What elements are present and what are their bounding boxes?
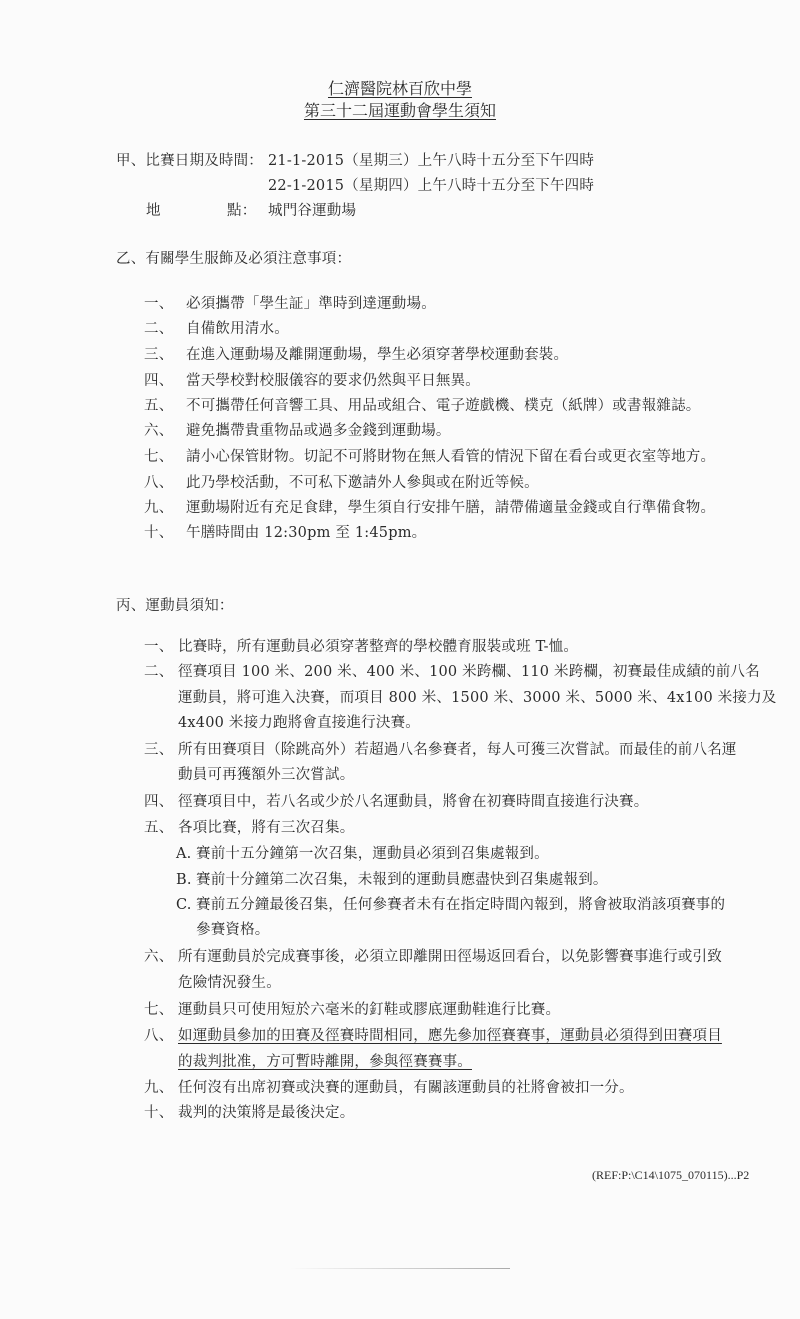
list-item-continuation: 危險情況發生。 (178, 971, 281, 992)
list-item: 一、比賽時，所有運動員必須穿著整齊的學校體育服裝或班 T-恤。 (144, 635, 578, 656)
list-item-underlined: 八、如運動員參加的田賽及徑賽時間相同，應先參加徑賽賽事，運動員必須得到田賽項目 (144, 1024, 722, 1045)
list-item: 二、自備飲用清水。 (144, 317, 289, 338)
list-item: 七、請小心保管財物。切記不可將財物在無人看管的情況下留在看台或更衣室等地方。 (144, 445, 715, 466)
list-item-continuation: 運動員，將可進入決賽，而項目 800 米、1500 米、3000 米、5000 … (178, 686, 777, 707)
list-item: 四、徑賽項目中，若八名或少於八名運動員，將會在初賽時間直接進行決賽。 (144, 790, 648, 811)
document-title: 第三十二屆運動會學生須知 (0, 98, 800, 121)
list-item: 十、裁判的決策將是最後決定。 (144, 1101, 354, 1122)
sub-item-continuation: 參賽資格。 (196, 918, 270, 939)
list-item: 四、當天學校對校服儀容的要求仍然與平日無異。 (144, 369, 480, 390)
list-item: 十、午膳時間由 12:30pm 至 1:45pm。 (144, 521, 426, 542)
section-c-heading: 丙、運動員須知： (116, 594, 234, 615)
venue-label-1: 地 (146, 199, 161, 220)
date-line-1: 21-1-2015（星期三）上午八時十五分至下午四時 (268, 149, 594, 170)
venue-label-2: 點： (227, 199, 256, 220)
list-item: 二、徑賽項目 100 米、200 米、400 米、100 米跨欄、110 米跨欄… (144, 660, 760, 681)
list-item-continuation-underlined: 的裁判批准，方可暫時離開，參與徑賽賽事。 (178, 1050, 472, 1071)
list-item: 九、任何沒有出席初賽或決賽的運動員，有關該運動員的社將會被扣一分。 (144, 1076, 634, 1097)
list-item: 八、此乃學校活動，不可私下邀請外人參與或在附近等候。 (144, 471, 539, 492)
list-item: 五、各項比賽，將有三次召集。 (144, 816, 354, 837)
list-item: 五、不可攜帶任何音響工具、用品或組合、電子遊戲機、樸克（紙牌）或書報雜誌。 (144, 394, 701, 415)
list-item: 七、運動員只可使用短於六毫米的釘鞋或膠底運動鞋進行比賽。 (144, 998, 560, 1019)
venue-value: 城門谷運動場 (268, 199, 356, 220)
scan-edge-line (290, 1268, 510, 1269)
school-name: 仁濟醫院林百欣中學 (0, 76, 800, 99)
sub-item: C.賽前五分鐘最後召集，任何參賽者未有在指定時間內報到，將會被取消該項賽事的 (176, 893, 725, 914)
document-page: 仁濟醫院林百欣中學 第三十二屆運動會學生須知 甲、比賽日期及時間： 21-1-2… (0, 0, 800, 1319)
list-item: 三、所有田賽項目（除跳高外）若超過八名參賽者，每人可獲三次嘗試。而最佳的前八名運 (144, 738, 737, 759)
section-b-heading: 乙、有關學生服飾及必須注意事項： (116, 247, 351, 268)
sub-item: A.賽前十五分鐘第一次召集，運動員必須到召集處報到。 (176, 842, 549, 863)
list-item: 九、運動場附近有充足食肆，學生須自行安排午膳，請帶備適量金錢或自行準備食物。 (144, 496, 715, 517)
list-item: 六、所有運動員於完成賽事後，必須立即離開田徑場返回看台，以免影響賽事進行或引致 (144, 945, 722, 966)
list-item: 一、必須攜帶「學生証」準時到達運動場。 (144, 292, 436, 313)
list-item: 六、避免攜帶貴重物品或過多金錢到運動場。 (144, 419, 451, 440)
sub-item: B.賽前十分鐘第二次召集，未報到的運動員應盡快到召集處報到。 (176, 868, 608, 889)
list-item: 三、在進入運動場及離開運動場，學生必須穿著學校運動套裝。 (144, 343, 568, 364)
date-line-2: 22-1-2015（星期四）上午八時十五分至下午四時 (268, 174, 594, 195)
list-item-continuation: 4x400 米接力跑將會直接進行決賽。 (178, 711, 420, 732)
list-item-continuation: 動員可再獲額外三次嘗試。 (178, 763, 354, 784)
document-reference: (REF:P:\C14\1075_070115)...P2 (592, 1168, 749, 1183)
section-a-label: 甲、比賽日期及時間： (116, 149, 263, 170)
